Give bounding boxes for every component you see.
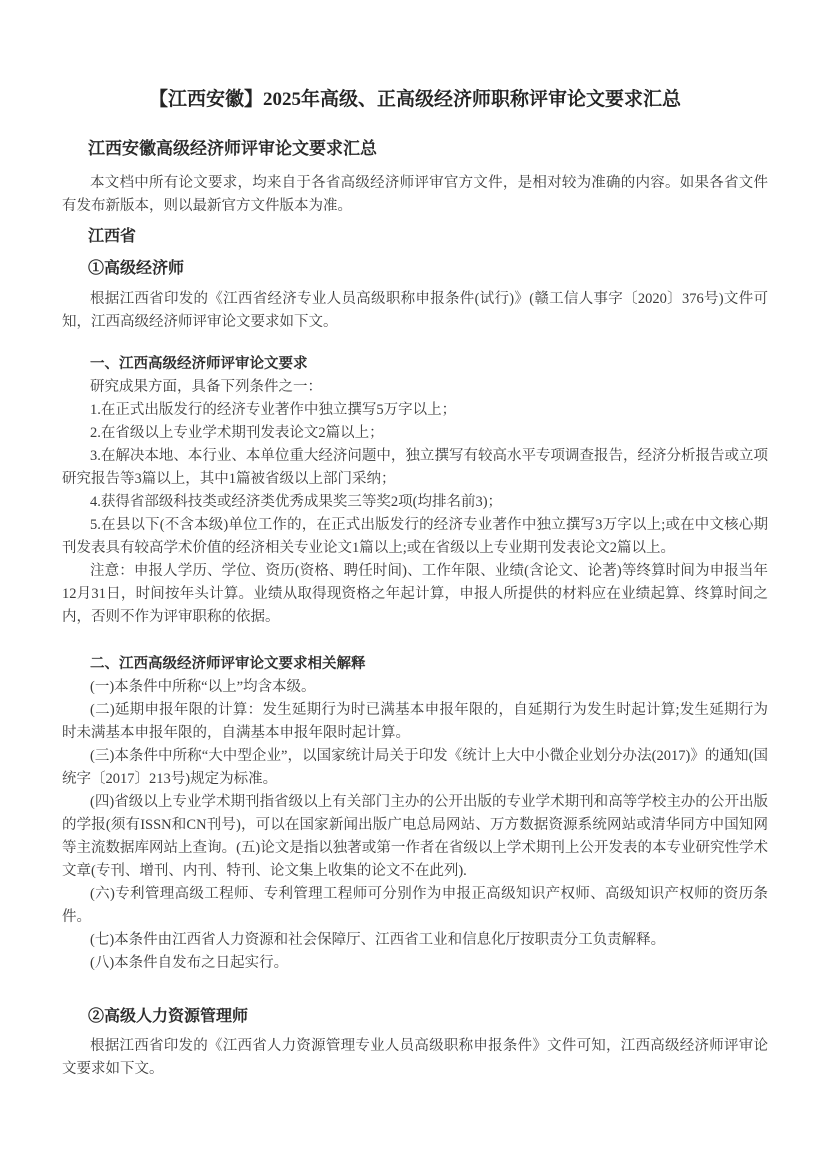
intro-paragraph: 本文档中所有论文要求，均来自于各省高级经济师评审官方文件，是相对较为准确的内容。… [62, 172, 768, 218]
note-paragraph: 注意：申报人学历、学位、资历(资格、聘任时间)、工作年限、业绩(含论文、论著)等… [62, 560, 768, 629]
explanation-item-8: (八)本条件自发布之日起实行。 [62, 952, 768, 975]
section-2-intro: 根据江西省印发的《江西省人力资源管理专业人员高级职称申报条件》文件可知，江西高级… [62, 1035, 768, 1081]
explanation-item-7: (七)本条件由江西省人力资源和社会保障厅、江西省工业和信息化厅按职责分工负责解释… [62, 929, 768, 952]
section-1-intro: 根据江西省印发的《江西省经济专业人员高级职称申报条件(试行)》(赣工信人事字〔2… [62, 288, 768, 334]
section-1-heading: ①高级经济师 [62, 258, 768, 280]
requirement-item-1: 1.在正式出版发行的经济专业著作中独立撰写5万字以上； [62, 399, 768, 422]
part-2-heading: 二、江西高级经济师评审论文要求相关解释 [62, 653, 768, 676]
explanation-item-6: (六)专利管理高级工程师、专利管理工程师可分别作为申报正高级知识产权师、高级知识… [62, 883, 768, 929]
document-subtitle: 江西安徽高级经济师评审论文要求汇总 [62, 138, 768, 160]
explanation-item-4-5: (四)省级以上专业学术期刊指省级以上有关部门主办的公开出版的专业学术期刊和高等学… [62, 791, 768, 883]
province-heading: 江西省 [62, 226, 768, 248]
requirement-item-4: 4.获得省部级科技类或经济类优秀成果奖三等奖2项(均排名前3)； [62, 491, 768, 514]
document-content: 【江西安徽】2025年高级、正高级经济师职称评审论文要求汇总 江西安徽高级经济师… [0, 0, 830, 1081]
part-1-heading: 一、江西高级经济师评审论文要求 [62, 353, 768, 376]
requirement-item-3: 3.在解决本地、本行业、本单位重大经济问题中，独立撰写有较高水平专项调查报告，经… [62, 445, 768, 491]
section-2-heading: ②高级人力资源管理师 [62, 1006, 768, 1028]
part-1-lead: 研究成果方面，具备下列条件之一： [62, 376, 768, 399]
document-page: 【江西安徽】2025年高级、正高级经济师职称评审论文要求汇总 江西安徽高级经济师… [0, 0, 830, 1175]
explanation-item-2: (二)延期申报年限的计算：发生延期行为时已满基本申报年限的，自延期行为发生时起计… [62, 699, 768, 745]
explanation-item-3: (三)本条件中所称“大中型企业”，以国家统计局关于印发《统计上大中小微企业划分办… [62, 745, 768, 791]
explanation-item-1: (一)本条件中所称“以上”均含本级。 [62, 676, 768, 699]
document-title: 【江西安徽】2025年高级、正高级经济师职称评审论文要求汇总 [62, 88, 768, 112]
requirement-item-2: 2.在省级以上专业学术期刊发表论文2篇以上； [62, 422, 768, 445]
requirement-item-5: 5.在县以下(不含本级)单位工作的，在正式出版发行的经济专业著作中独立撰写3万字… [62, 514, 768, 560]
